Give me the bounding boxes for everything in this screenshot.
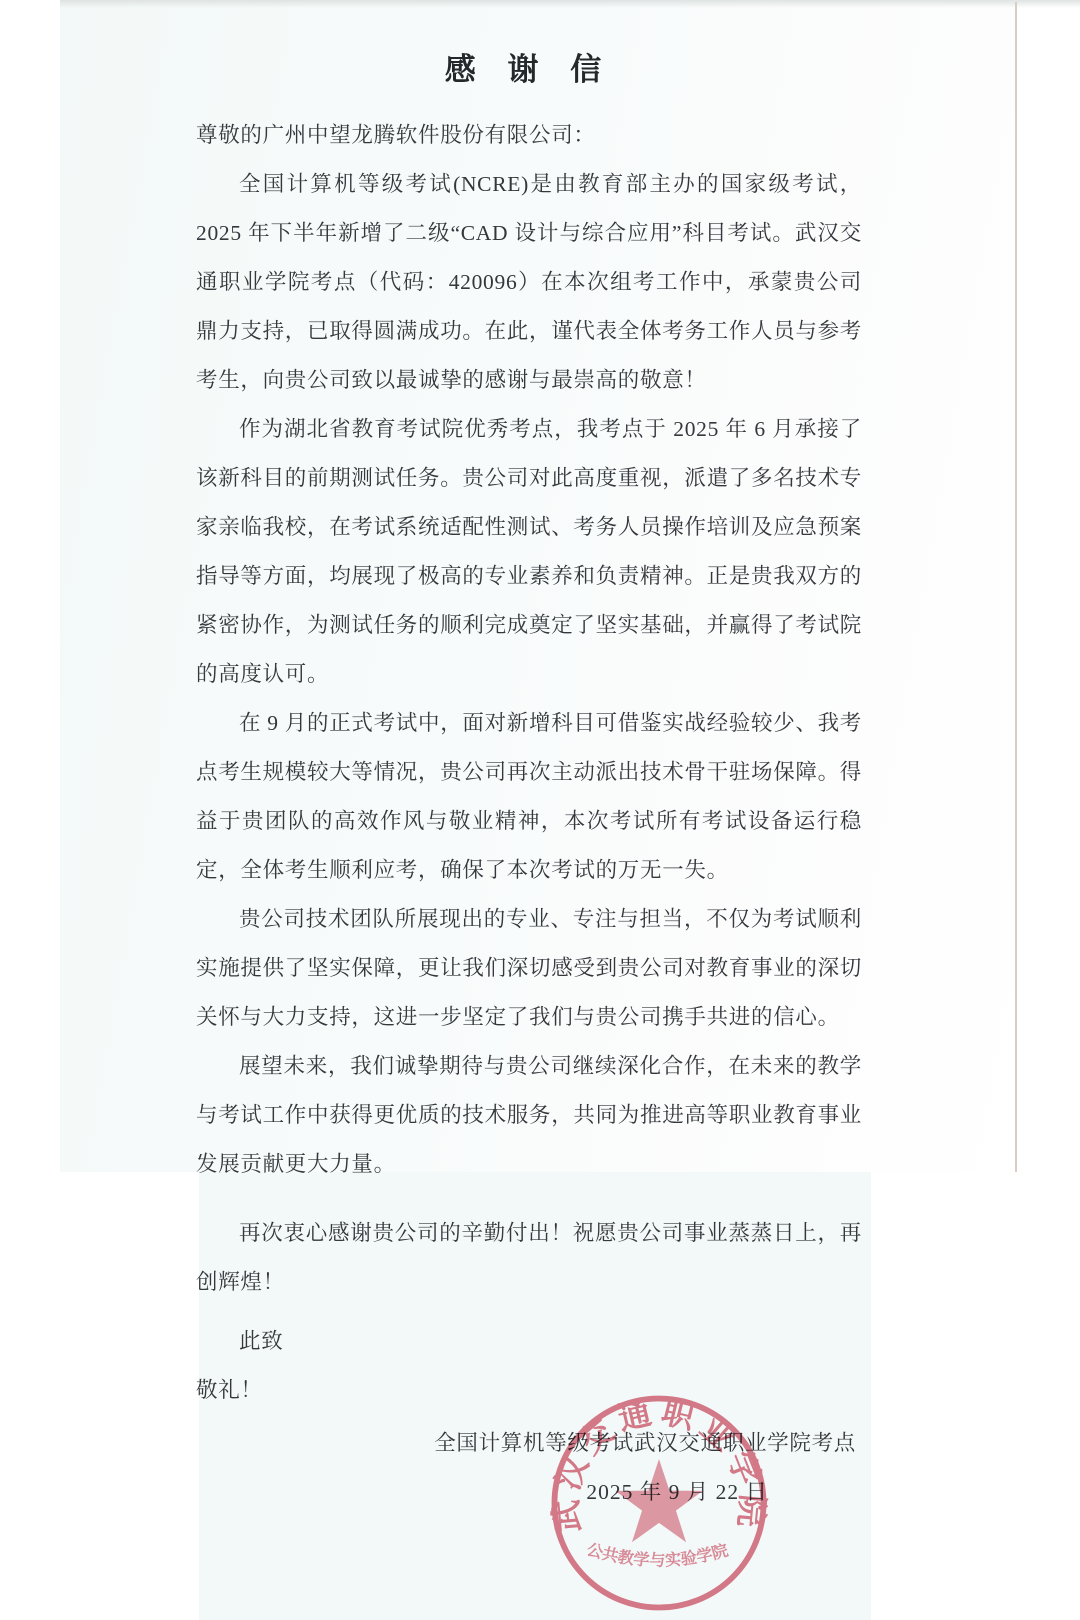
letter-paragraph: 作为湖北省教育考试院优秀考点，我考点于 2025 年 6 月承接了该新科目的前期… — [196, 405, 862, 699]
letter-paragraph: 再次衷心感谢贵公司的辛勤付出！祝愿贵公司事业蒸蒸日上，再创辉煌！ — [196, 1209, 862, 1307]
seal-star-icon — [615, 1459, 702, 1542]
official-seal: 武汉交通职业学院 公共教学与实验学院 — [544, 1388, 774, 1618]
letter-paragraph: 在 9 月的正式考试中，面对新增科目可借鉴实战经验较少、我考点考生规模较大等情况… — [196, 699, 862, 895]
letter-paragraph: 展望未来，我们诚挚期待与贵公司继续深化合作，在未来的教学与考试工作中获得更优质的… — [196, 1042, 862, 1189]
scanned-letter-page: 感 谢 信 尊敬的广州中望龙腾软件股份有限公司： 全国计算机等级考试(NCRE)… — [0, 0, 1080, 1620]
letter-paragraph: 全国计算机等级考试(NCRE)是由教育部主办的国家级考试，2025 年下半年新增… — [196, 160, 862, 405]
letter-title: 感 谢 信 — [196, 44, 862, 89]
seal-inner-text: 公共教学与实验学院 — [585, 1540, 731, 1569]
scan-paper-right-edge — [1015, 2, 1017, 1172]
scan-top-edge — [60, 0, 1080, 8]
letter-body: 尊敬的广州中望龙腾软件股份有限公司： 全国计算机等级考试(NCRE)是由教育部主… — [196, 111, 862, 1415]
letter-paragraph: 贵公司技术团队所展现出的专业、专注与担当，不仅为考试顺利实施提供了坚实保障，更让… — [196, 895, 862, 1042]
letter-closing-cizhi: 此致 — [196, 1317, 862, 1366]
letter-salutation: 尊敬的广州中望龙腾软件股份有限公司： — [196, 111, 862, 160]
